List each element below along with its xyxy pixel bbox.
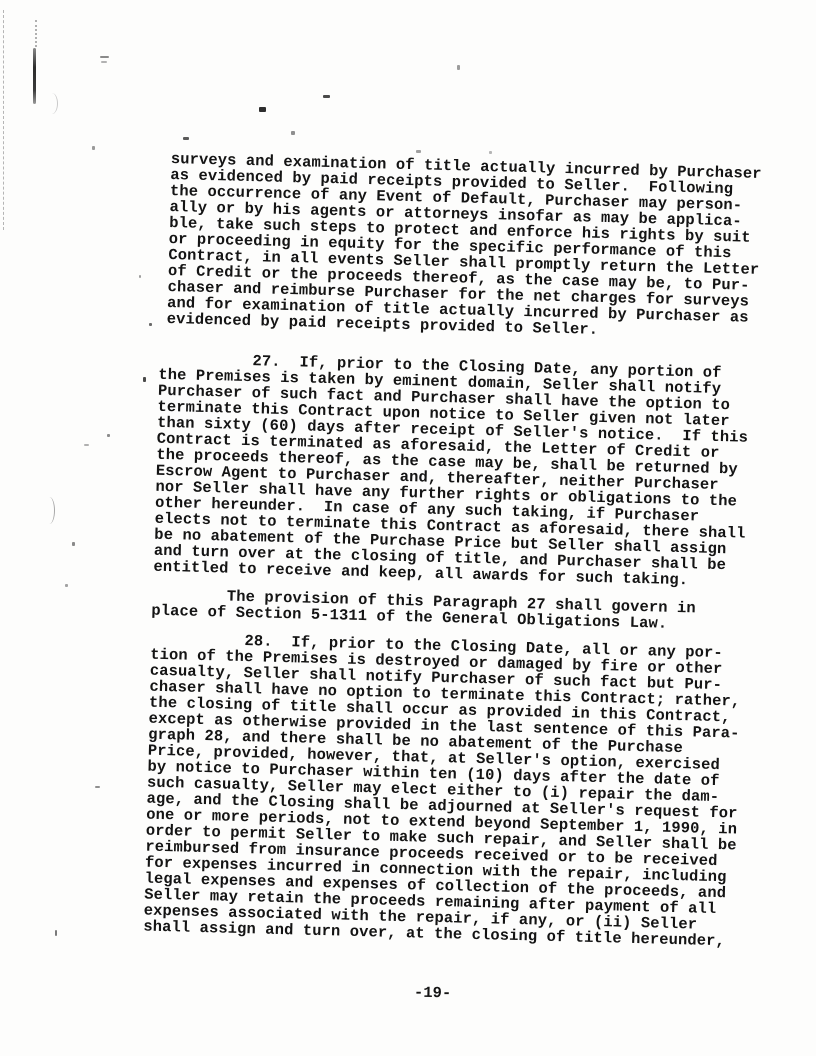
scan-speck — [457, 65, 460, 70]
scan-curve-mark — [44, 497, 55, 524]
page-number: -19- — [414, 985, 451, 1002]
scan-speck — [291, 131, 295, 135]
scan-speck — [100, 56, 109, 58]
scan-speck — [143, 377, 146, 382]
scan-speck — [183, 137, 189, 140]
scan-speck — [149, 323, 152, 326]
scan-edge-line — [3, 10, 4, 230]
scan-speck — [95, 786, 100, 788]
scan-speck — [107, 434, 110, 437]
continuation-paragraph: surveys and examination of title actuall… — [167, 151, 811, 343]
scan-speck — [323, 95, 330, 98]
scan-speck — [72, 542, 75, 546]
paragraph-27: 27. If, prior to the Closing Date, any p… — [153, 351, 805, 591]
scanned-contract-page: surveys and examination of title actuall… — [0, 0, 816, 1056]
paragraph-27-provision: The provision of this Paragraph 27 shall… — [151, 587, 800, 635]
scan-speck — [101, 61, 107, 63]
scan-speck — [259, 107, 266, 112]
scan-streak-icon — [35, 20, 39, 47]
scan-speck — [416, 150, 421, 153]
scan-speck — [65, 584, 68, 587]
scan-speck — [92, 146, 95, 150]
scan-speck — [84, 444, 89, 446]
scan-streak-icon — [33, 48, 36, 104]
paragraph-28: 28. If, prior to the Closing Date, all o… — [143, 631, 798, 951]
scan-speck — [55, 930, 57, 936]
document-text: surveys and examination of title actuall… — [151, 151, 811, 951]
scan-speck — [489, 151, 492, 154]
scan-curve-mark — [46, 93, 58, 114]
scan-speck — [139, 275, 141, 278]
